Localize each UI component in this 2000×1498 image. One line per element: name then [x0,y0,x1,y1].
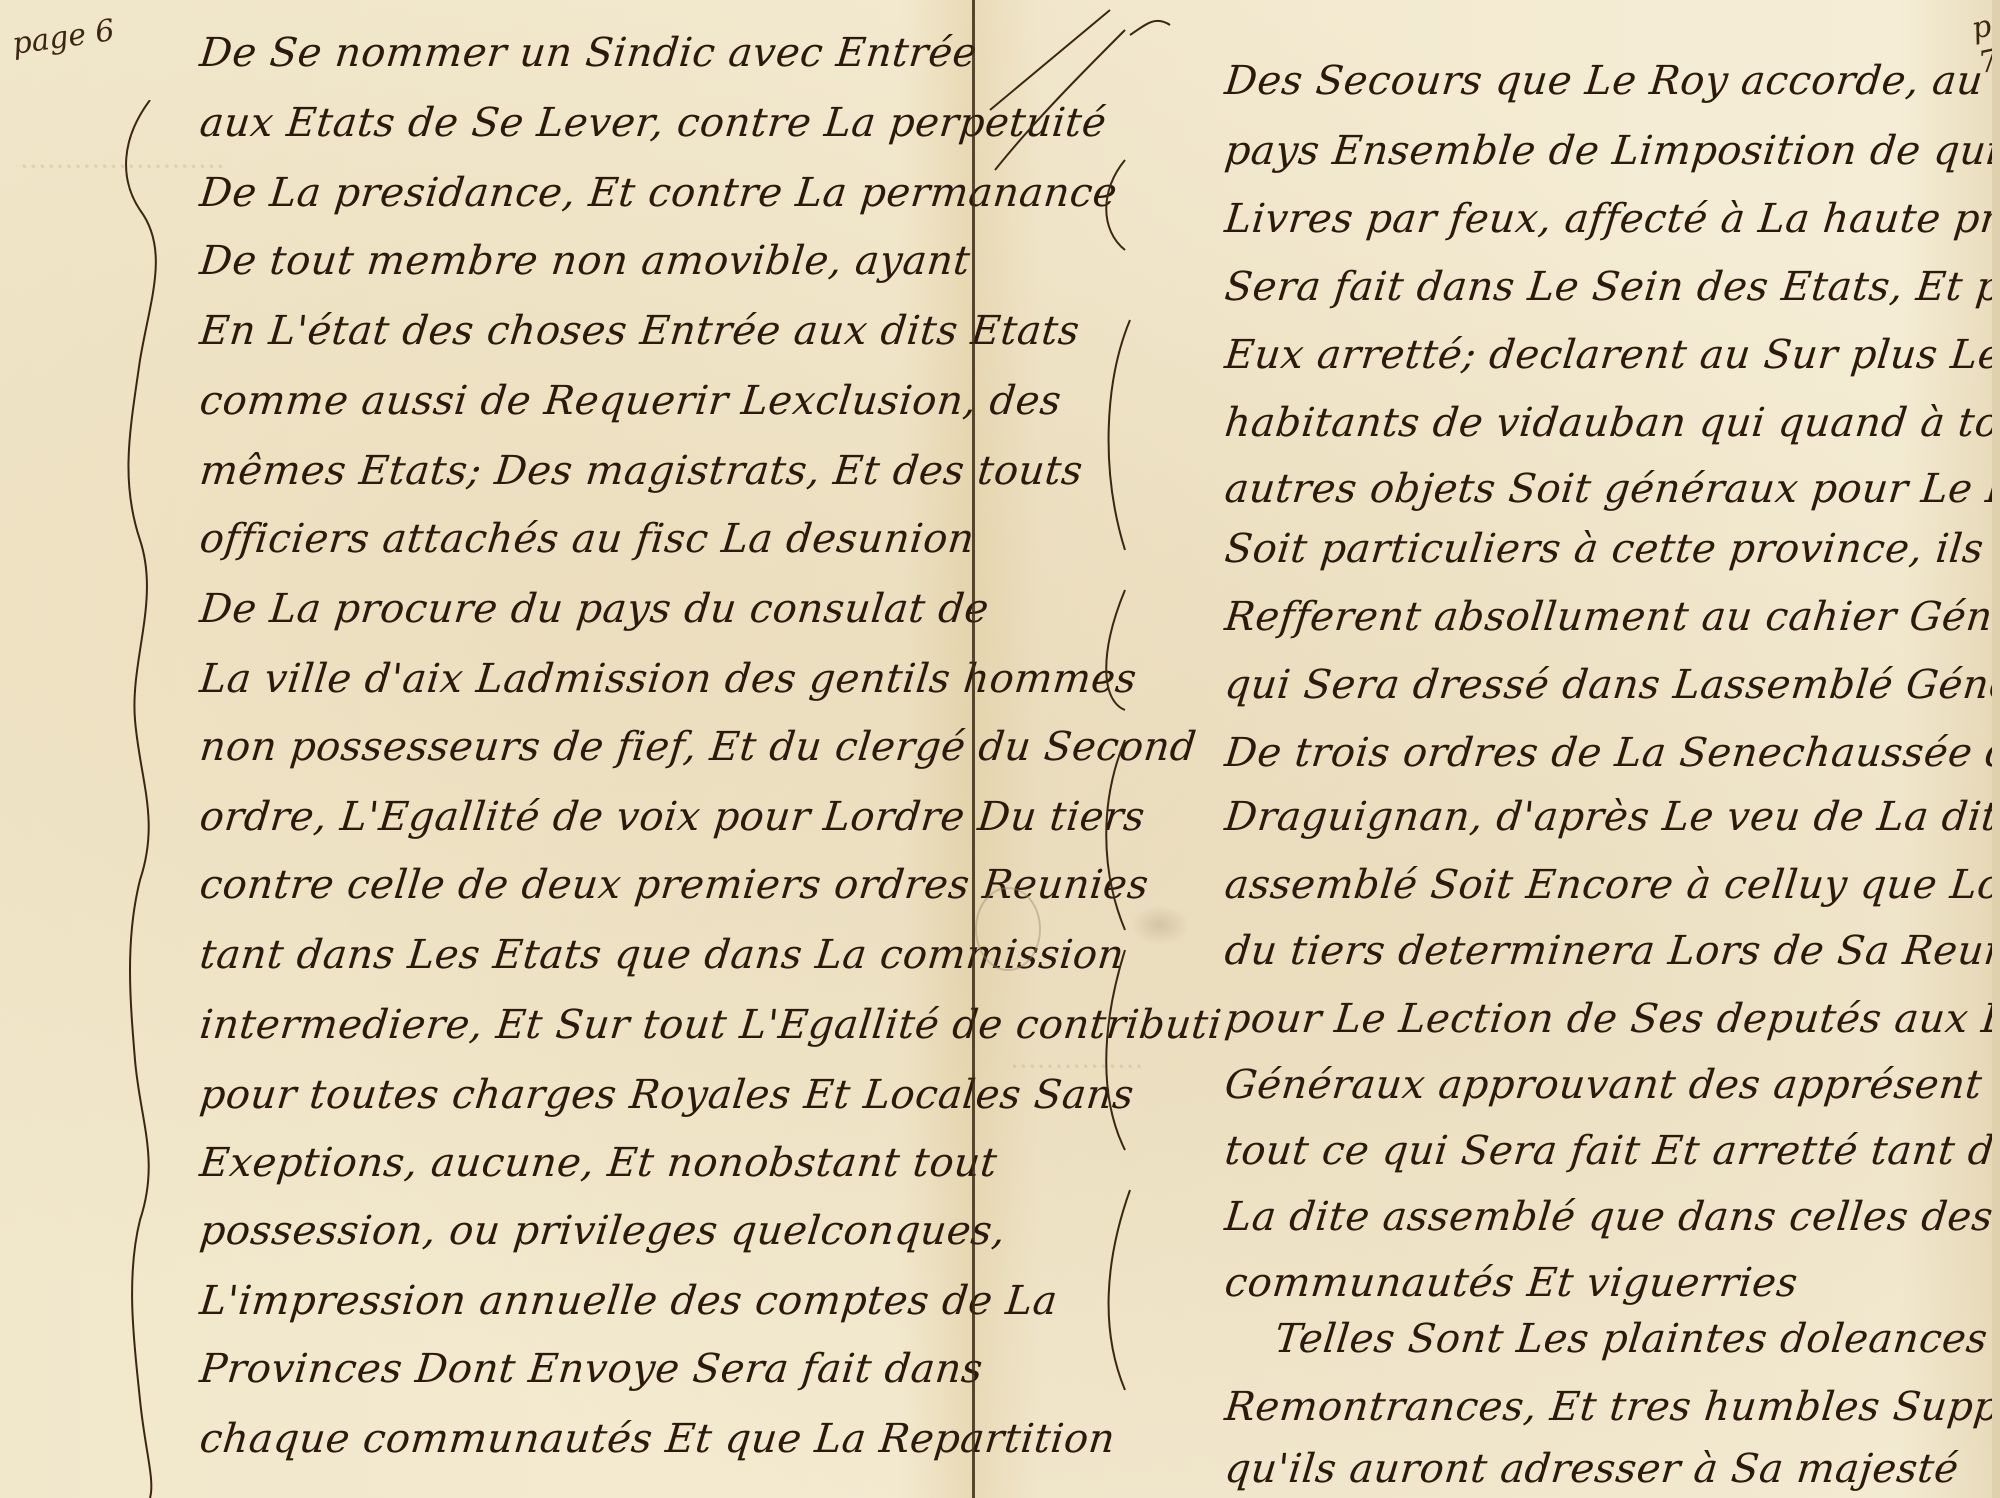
manuscript-line: du tiers determinera Lors de Sa Reunion [1223,928,2000,974]
manuscript-line: De trois ordres de La Senechaussée de [1223,730,2000,776]
manuscript-line: qu'ils auront adresser à Sa majesté [1223,1446,1961,1492]
manuscript-line: L'impression annuelle des comptes de La [198,1278,1060,1324]
manuscript-line: Sera fait dans Le Sein des Etats, Et par [1223,264,2000,310]
manuscript-line: communautés Et viguerries [1223,1260,1800,1306]
manuscript-line: officiers attachés au fisc La desunion [198,516,977,562]
page-edge [1992,0,2000,1498]
manuscript-line: Exeptions, aucune, Et nonobstant tout [198,1140,1000,1186]
manuscript-line: De tout membre non amovible, ayant [198,238,973,284]
manuscript-line: tout ce qui Sera fait Et arretté tant da… [1223,1128,2000,1174]
left-page: page 6 De Se nommer un Sindic avec Entré… [0,0,975,1498]
manuscript-line: Livres par feux, affecté à La haute prov… [1223,196,2000,242]
margin-wave-line [110,100,180,1498]
manuscript-line: De La procure du pays du consulat de [198,586,992,632]
manuscript-line: qui Sera dressé dans Lassemblé Générale [1223,662,2000,708]
manuscript-line: De Se nommer un Sindic avec Entrée [198,30,980,76]
manuscript-line: Draguignan, d'après Le veu de La ditte [1223,794,2000,840]
manuscript-line: possession, ou privileges quelconques, [198,1208,1008,1254]
manuscript-line: comme aussi de Requerir Lexclusion, des [198,378,1064,424]
manuscript-line: assemblé Soit Encore à celluy que Lordre [1223,862,2000,908]
left-page-number: page 6 [10,13,117,62]
manuscript-line: Remontrances, Et tres humbles Supplicati… [1223,1384,2000,1430]
manuscript-line: Telles Sont Les plaintes doleances [1273,1316,1990,1362]
margin-brackets [1095,150,1135,1450]
manuscript-line: Des Secours que Le Roy accorde, au [1223,58,1986,104]
manuscript-line: habitants de vidauban qui quand à tous [1223,400,2000,446]
manuscript-line: pour Le Lection de Ses deputés aux Etats [1223,996,2000,1042]
manuscript-line: Généraux approuvant des apprésent [1223,1062,1985,1108]
manuscript-line: pays Ensemble de Limposition de quinze [1223,128,2000,174]
manuscript-line: Eux arretté; declarent au Sur plus Les [1223,332,2000,378]
right-page: page 7 Des Secours que Le Roy accorde, a… [975,0,2000,1498]
manuscript-line: mêmes Etats; Des magistrats, Et des tout… [198,448,1085,494]
manuscript-line: Soit particuliers à cette province, ils … [1223,526,2000,572]
manuscript-line: La dite assemblé que dans celles des [1223,1194,1996,1240]
manuscript-line: Refferent absollument au cahier Général [1223,594,2000,640]
manuscript-line: autres objets Soit généraux pour Le Roya… [1223,466,2000,512]
manuscript-spread: ······················· ··············· … [0,0,2000,1498]
manuscript-line: En L'état des choses Entrée aux dits Eta… [198,308,1082,354]
manuscript-line: Provinces Dont Envoye Sera fait dans [198,1346,985,1392]
